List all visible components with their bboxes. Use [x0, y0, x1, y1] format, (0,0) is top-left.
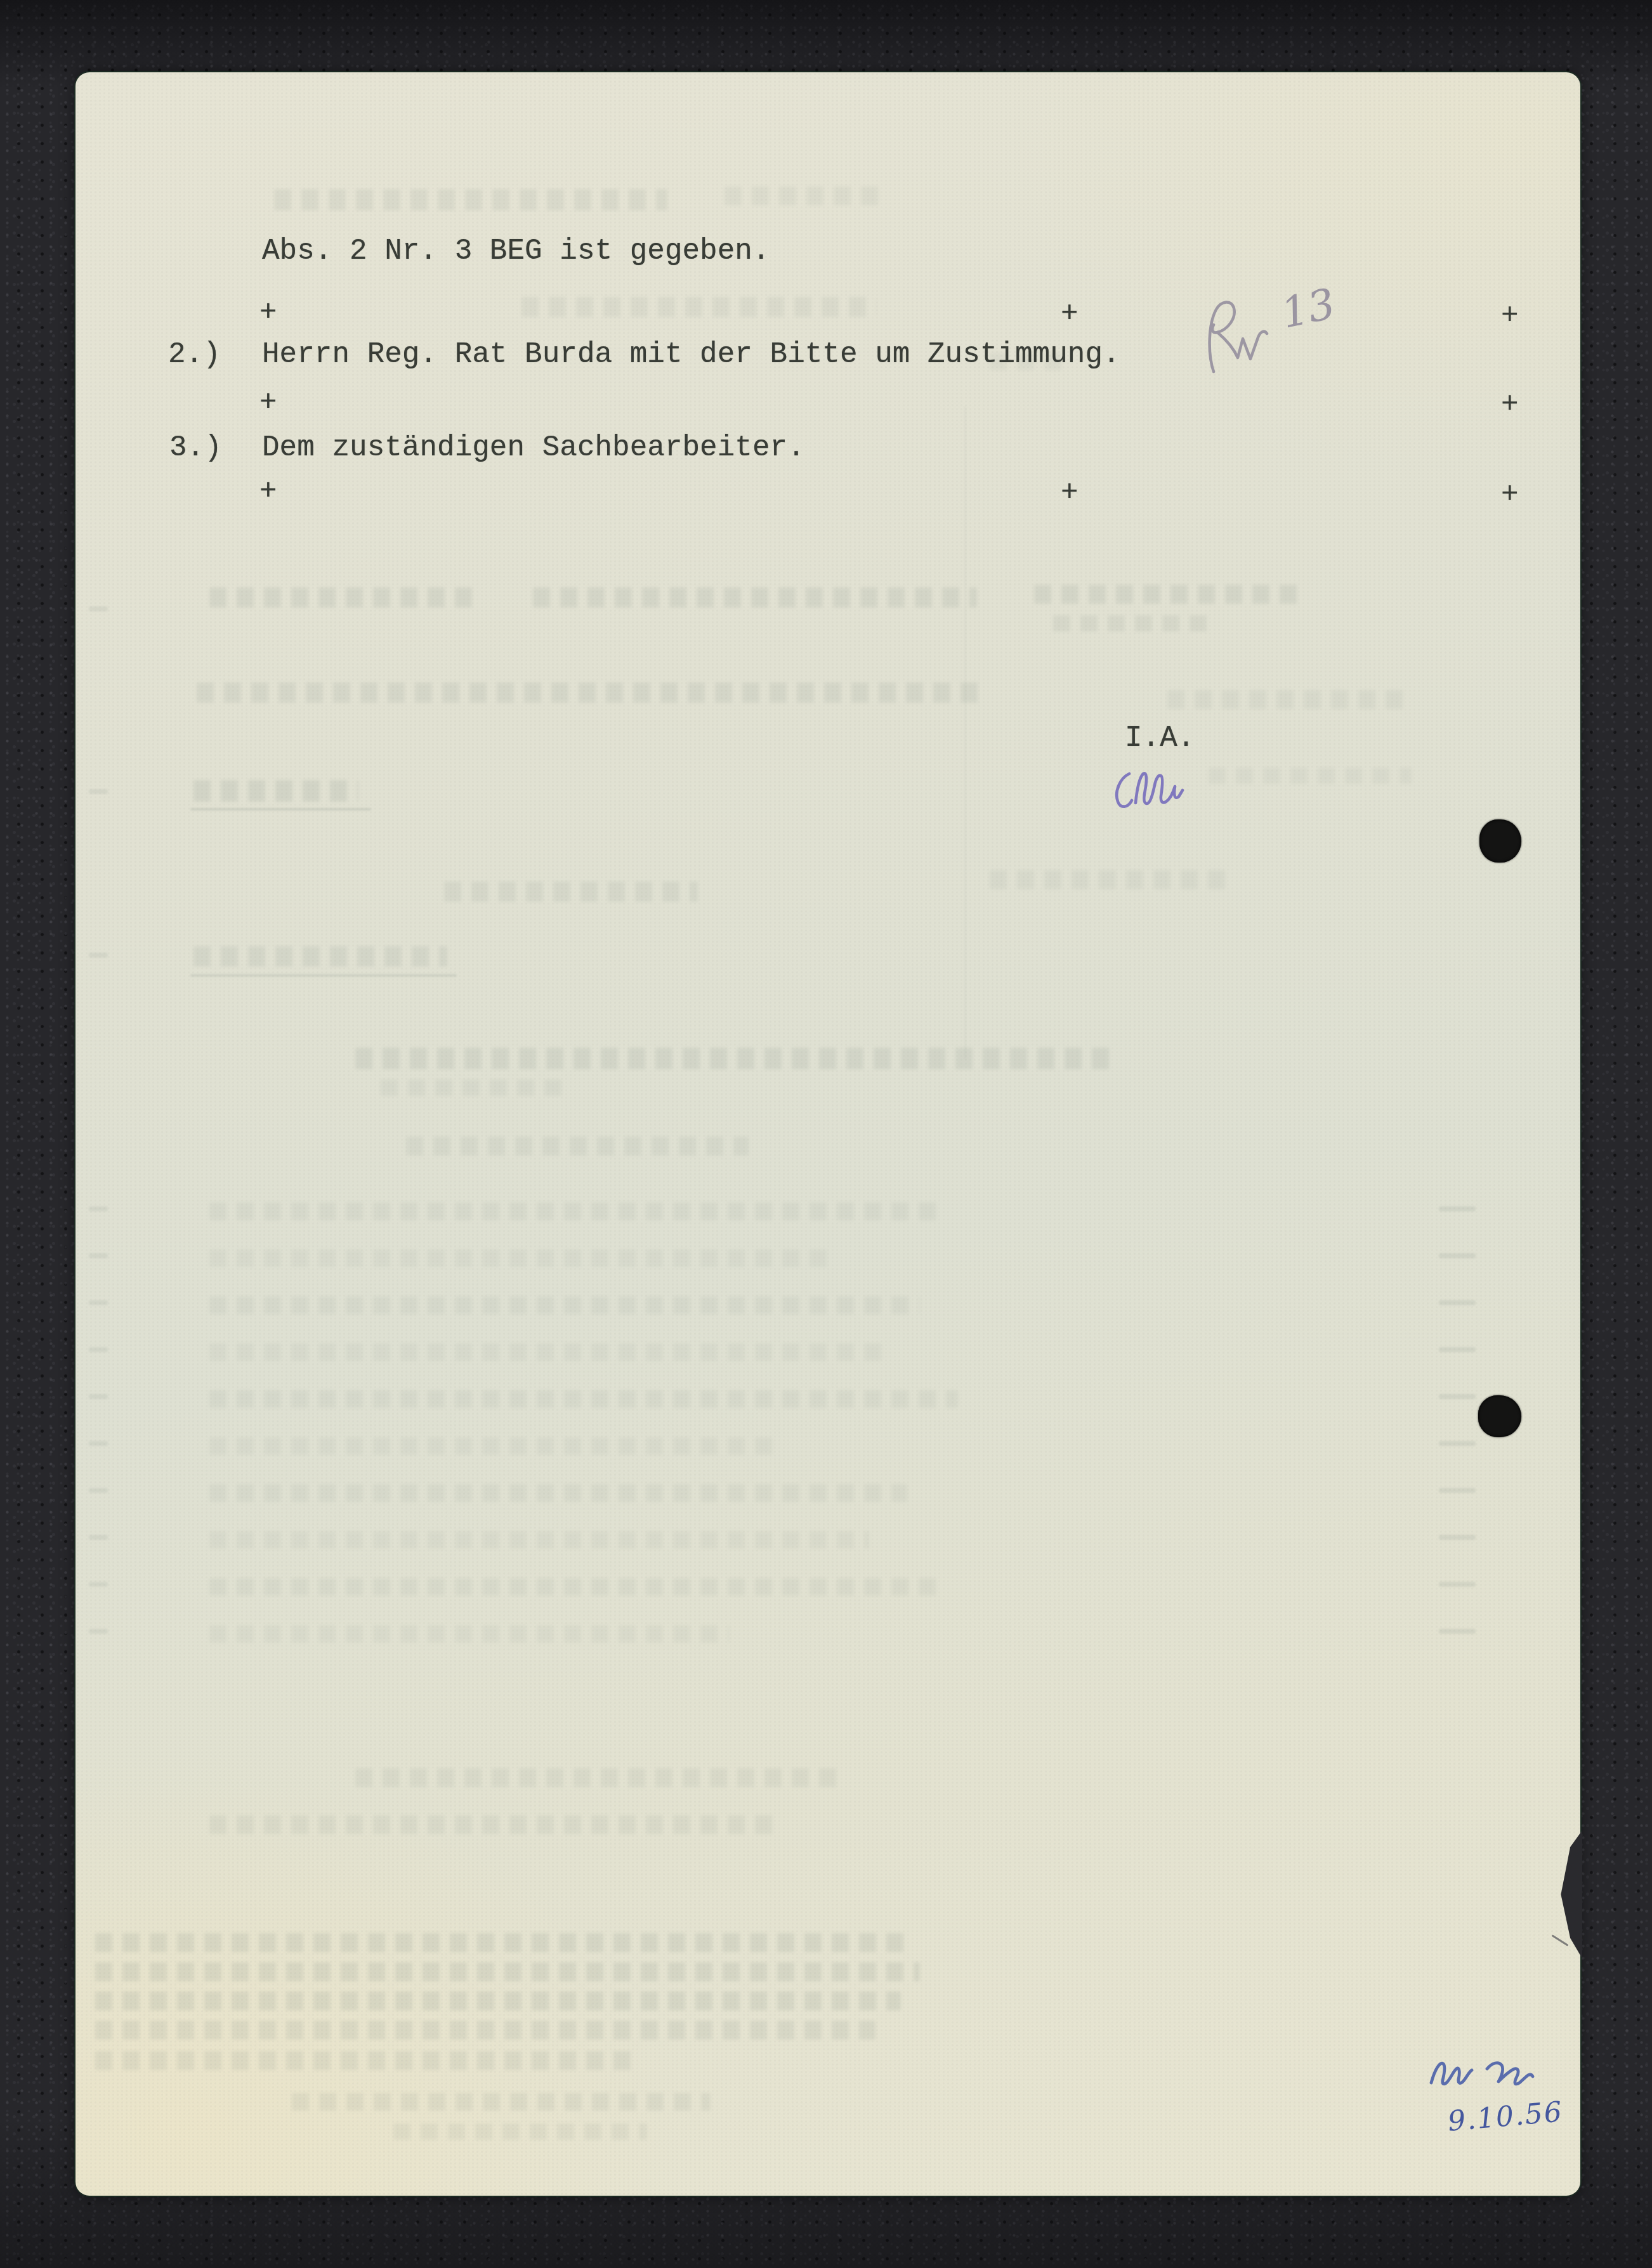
bleedthrough-ghost-line	[724, 186, 883, 205]
bleedthrough-ghost-line	[406, 1137, 749, 1156]
bleedthrough-ghost-line	[964, 406, 966, 1059]
bleedthrough-ghost-line	[197, 682, 983, 703]
bleedthrough-ghost-line	[292, 2093, 711, 2111]
bleedthrough-ghost-line	[1439, 1582, 1476, 1587]
bleedthrough-ghost-line	[355, 1048, 1110, 1069]
punch-hole	[1478, 1395, 1521, 1437]
registration-plus-mark: +	[1061, 297, 1078, 330]
bleedthrough-ghost-line	[1439, 1488, 1476, 1493]
bleedthrough-ghost-line	[193, 946, 447, 967]
list-item-text: Dem zuständigen Sachbearbeiter.	[262, 431, 805, 464]
bleedthrough-ghost-line	[190, 974, 457, 977]
bleedthrough-ghost-line	[95, 1962, 920, 1981]
ink-signature-scrawl	[1110, 755, 1188, 816]
bleedthrough-ghost-line	[209, 1343, 882, 1361]
bleedthrough-ghost-line	[89, 606, 108, 611]
bleedthrough-ghost-line	[209, 1484, 907, 1502]
bleedthrough-ghost-line	[89, 1206, 108, 1211]
bleedthrough-ghost-line	[95, 1933, 907, 1952]
typed-heading-line: Abs. 2 Nr. 3 BEG ist gegeben.	[262, 235, 770, 268]
list-item-number: 3.)	[169, 431, 222, 464]
bleedthrough-ghost-line	[1053, 615, 1212, 632]
bleedthrough-ghost-line	[209, 1249, 831, 1267]
bleedthrough-ghost-line	[393, 2123, 647, 2140]
bleedthrough-ghost-line	[1439, 1394, 1476, 1399]
bleedthrough-ghost-line	[95, 1991, 901, 2011]
bleedthrough-ghost-line	[190, 808, 371, 811]
bleedthrough-ghost-line	[95, 2021, 875, 2040]
bleedthrough-ghost-line	[209, 1296, 920, 1314]
bleedthrough-ghost-line	[209, 1815, 780, 1834]
bleedthrough-ghost-line	[209, 1202, 939, 1220]
bleedthrough-ghost-line	[381, 1079, 571, 1096]
leather-background: Abs. 2 Nr. 3 BEG ist gegeben. + + + 2.) …	[0, 0, 1652, 2268]
bleedthrough-ghost-line	[1439, 1347, 1476, 1352]
punch-hole	[1479, 819, 1521, 863]
bleedthrough-ghost-line	[89, 1253, 108, 1258]
bleedthrough-ghost-line	[1439, 1629, 1476, 1634]
bleedthrough-ghost-line	[990, 870, 1231, 889]
bleedthrough-ghost-line	[209, 1578, 945, 1596]
bleedthrough-ghost-line	[444, 882, 698, 902]
bleedthrough-ghost-line	[89, 1488, 108, 1493]
pencil-initials-scrawl	[1196, 293, 1277, 377]
list-item-text: Herrn Reg. Rat Burda mit der Bitte um Zu…	[262, 338, 1120, 371]
bleedthrough-ghost-line	[1209, 767, 1412, 784]
bleedthrough-ghost-line	[521, 297, 877, 317]
bleedthrough-ghost-line	[533, 587, 977, 608]
bleedthrough-ghost-line	[89, 1582, 108, 1587]
bleedthrough-ghost-line	[89, 1347, 108, 1352]
bleedthrough-ghost-line	[209, 1437, 780, 1455]
registration-plus-mark: +	[259, 296, 277, 329]
bleedthrough-ghost-line	[89, 953, 108, 958]
bleedthrough-ghost-line	[209, 1390, 958, 1408]
bleedthrough-ghost-line	[209, 1531, 869, 1549]
list-item-number: 2.)	[168, 338, 221, 371]
registration-plus-mark: +	[1061, 476, 1078, 509]
registration-plus-mark: +	[259, 386, 277, 419]
bleedthrough-ghost-line	[1439, 1253, 1476, 1258]
registration-plus-mark: +	[259, 475, 277, 508]
bleedthrough-ghost-line	[355, 1768, 837, 1787]
bleedthrough-ghost-line	[1034, 585, 1307, 604]
registration-plus-mark: +	[1501, 388, 1519, 421]
bleedthrough-ghost-line	[209, 587, 482, 608]
bleedthrough-ghost-line	[89, 1441, 108, 1446]
bleedthrough-ghost-line	[89, 1394, 108, 1399]
bleedthrough-ghost-line	[89, 789, 108, 794]
bleedthrough-ghost-line	[89, 1629, 108, 1634]
bleedthrough-ghost-line	[1167, 690, 1408, 709]
approval-initials-scrawl	[1426, 2050, 1539, 2092]
bleedthrough-ghost-line	[209, 1625, 730, 1643]
bleedthrough-ghost-line	[274, 189, 667, 211]
paper-sheet	[75, 72, 1580, 2196]
bleedthrough-ghost-line	[1439, 1300, 1476, 1305]
bleedthrough-ghost-line	[1439, 1441, 1476, 1446]
bleedthrough-ghost-line	[89, 1300, 108, 1305]
bleedthrough-ghost-line	[1439, 1535, 1476, 1540]
registration-plus-mark: +	[1501, 478, 1519, 511]
bleedthrough-ghost-line	[1439, 1206, 1476, 1211]
bleedthrough-ghost-line	[95, 2051, 641, 2070]
bleedthrough-ghost-line	[193, 780, 358, 802]
registration-plus-mark: +	[1501, 299, 1519, 332]
bleedthrough-ghost-line	[89, 1535, 108, 1540]
ia-abbreviation: I.A.	[1125, 722, 1195, 755]
